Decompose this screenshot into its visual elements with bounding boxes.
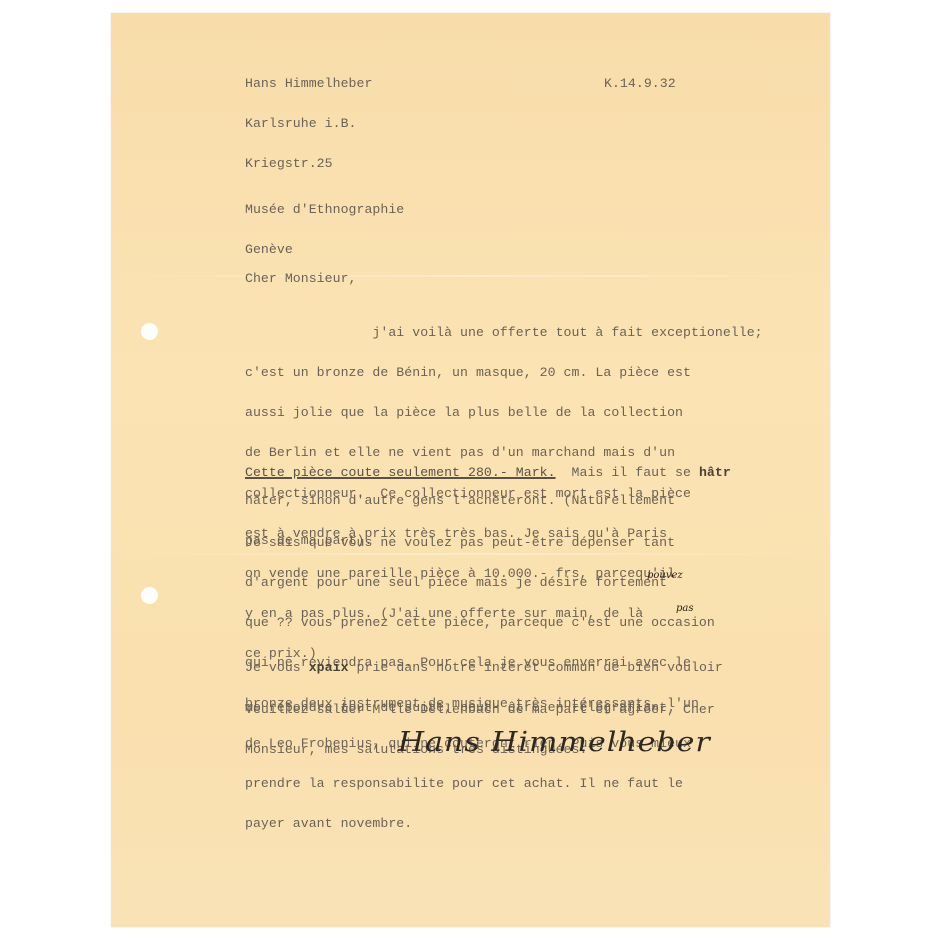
sender-street: Kriegstr.25 — [245, 157, 372, 170]
text-line: prendre la responsabilite pour cet achat… — [245, 777, 715, 790]
salutation: Cher Monsieur, — [245, 272, 357, 285]
punch-hole — [141, 587, 158, 604]
recipient-block: Musée d'Ethnographie Genève — [245, 176, 404, 270]
handwritten-signature: Hans Himmelheber — [398, 727, 711, 759]
struck-out-text: xpaix — [309, 660, 349, 675]
recipient-institution: Musée d'Ethnographie — [245, 203, 404, 216]
handwritten-annotation: pas — [676, 603, 694, 614]
sender-block: Hans Himmelheber Karlsruhe i.B. Kriegstr… — [245, 50, 372, 184]
text-line: j'ai voilà une offerte tout à fait excep… — [245, 326, 763, 339]
text-line: c'est un bronze de Bénin, un masque, 20 … — [245, 366, 763, 379]
sender-name: Hans Himmelheber — [245, 77, 372, 90]
struck-out-text: hâtr — [699, 465, 731, 480]
text-line: Veuillez saluer M'lle Dellenbach de ma p… — [245, 703, 715, 716]
text-line: d'argent pour une seul pièce mais je dés… — [245, 576, 715, 589]
sender-city: Karlsruhe i.B. — [245, 117, 372, 130]
text-fragment: Je vous — [245, 660, 309, 675]
punch-hole — [141, 323, 158, 340]
text-fragment: prie dans notre intérêt commun de bien v… — [349, 660, 723, 675]
text-line: aussi jolie que la pièce la plus belle d… — [245, 406, 763, 419]
text-line: hâter, sinon d'autre gens l'achèteront. … — [245, 494, 675, 507]
recipient-city: Genève — [245, 243, 404, 256]
letter-date: K.14.9.32 — [604, 77, 676, 90]
handwritten-annotation: pouvez — [647, 570, 683, 581]
text-line: que ?? vous prenez cette pièce, parceque… — [245, 616, 715, 629]
text-line: Je sais que vous ne voulez pas peut-être… — [245, 536, 715, 549]
text-line: payer avant novembre. — [245, 817, 715, 830]
